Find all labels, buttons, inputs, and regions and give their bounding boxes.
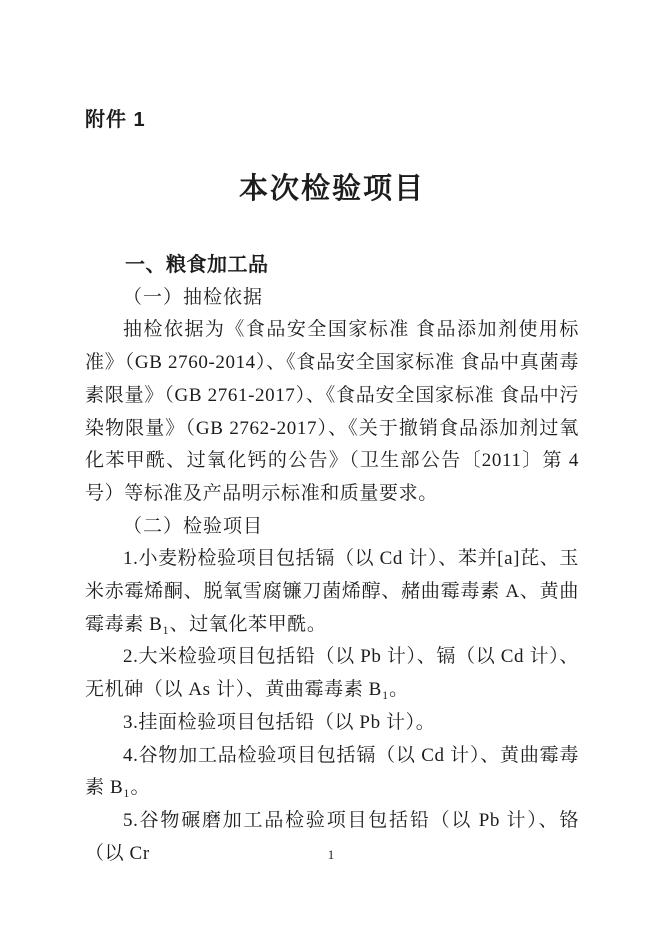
- paragraph-sampling-basis: 抽检依据为《食品安全国家标准 食品添加剂使用标准》（GB 2760-2014）、…: [85, 314, 579, 510]
- document-page: 附件 1 本次检验项目 一、粮食加工品 （一）抽检依据 抽检依据为《食品安全国家…: [0, 0, 662, 936]
- document-body: 一、粮食加工品 （一）抽检依据 抽检依据为《食品安全国家标准 食品添加剂使用标准…: [85, 249, 579, 870]
- paragraph-item-noodles: 3.挂面检验项目包括铅（以 Pb 计）。: [85, 707, 579, 740]
- paragraph-item-rice: 2.大米检验项目包括铅（以 Pb 计）、镉（以 Cd 计）、无机砷（以 As 计…: [85, 641, 579, 706]
- document-title: 本次检验项目: [85, 171, 579, 208]
- section-heading-grain-products: 一、粮食加工品: [85, 249, 579, 282]
- subsection-heading-sampling-basis: （一）抽检依据: [85, 282, 579, 315]
- paragraph-item-wheat-flour: 1.小麦粉检验项目包括镉（以 Cd 计）、苯并[a]芘、玉米赤霉烯酮、脱氧雪腐镰…: [85, 543, 579, 641]
- paragraph-item-cereal-products: 4.谷物加工品检验项目包括镉（以 Cd 计）、黄曲霉毒素 B₁。: [85, 740, 579, 805]
- subsection-heading-test-items: （二）检验项目: [85, 511, 579, 544]
- page-content: 附件 1 本次检验项目 一、粮食加工品 （一）抽检依据 抽检依据为《食品安全国家…: [85, 0, 579, 870]
- page-number: 1: [0, 846, 662, 864]
- attachment-label: 附件 1: [85, 106, 579, 134]
